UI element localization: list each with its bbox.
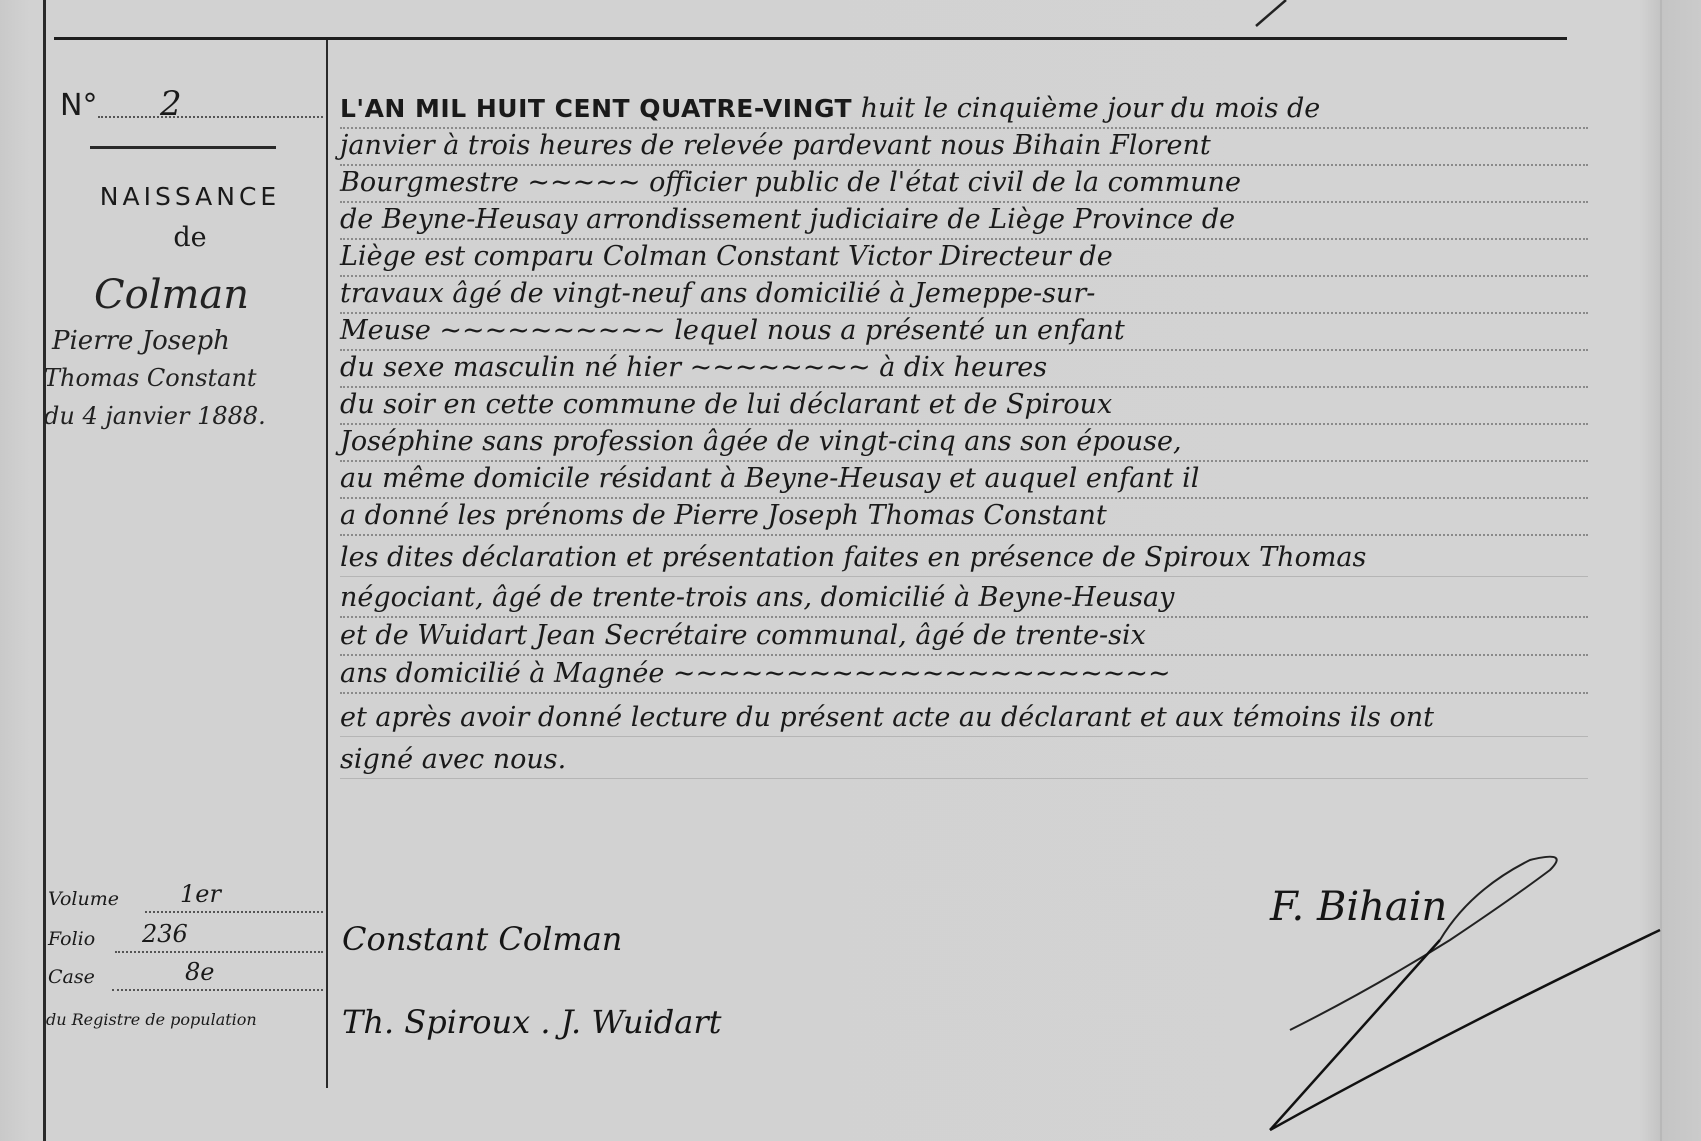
handwritten-text: Joséphine sans profession âgée de vingt-…	[340, 426, 1182, 457]
previous-signature-stroke	[1250, 0, 1290, 30]
entry-separator-rule	[90, 146, 276, 149]
handwritten-text: Bourgmestre ~~~~~ officier public de l'é…	[340, 167, 1241, 198]
handwritten-text: signé avec nous.	[340, 744, 566, 775]
margin-birth-date: du 4 janvier 1888.	[44, 402, 266, 430]
act-line: négociant, âgé de trente-trois ans, domi…	[340, 580, 1588, 618]
entry-number-value: 2	[160, 84, 182, 124]
act-line: de Beyne-Heusay arrondissement judiciair…	[340, 202, 1588, 240]
section-de: de	[54, 222, 326, 253]
act-line: les dites déclaration et présentation fa…	[340, 540, 1588, 577]
register-ref-label: Volume	[48, 888, 119, 910]
declarant-signature: Constant Colman	[342, 920, 622, 958]
act-line: et après avoir donné lecture du présent …	[340, 700, 1588, 737]
act-line: janvier à trois heures de relevée pardev…	[340, 128, 1588, 166]
register-ref-label: Folio	[48, 928, 95, 950]
handwritten-text: du soir en cette commune de lui déclaran…	[340, 389, 1112, 420]
register-ref-label: Case	[48, 966, 95, 988]
register-page: N° 2 NAISSANCE de Colman Pierre Joseph T…	[0, 0, 1701, 1141]
top-rule	[54, 37, 1567, 40]
outer-left-border	[43, 0, 46, 1141]
act-line: Joséphine sans profession âgée de vingt-…	[340, 424, 1588, 462]
register-ref-volume: Volume	[48, 888, 119, 910]
handwritten-text: du sexe masculin né hier ~~~~~~~~ à dix …	[340, 352, 1047, 383]
register-ref-folio: Folio	[48, 928, 95, 950]
official-signature: F. Bihain	[1250, 820, 1690, 1140]
handwritten-text: huit le cinquième jour du mois de	[852, 93, 1320, 124]
register-ref-value: 8e	[185, 958, 214, 986]
act-line: Meuse ~~~~~~~~~~ lequel nous a présenté …	[340, 313, 1588, 351]
register-ref-case: Case	[48, 966, 95, 988]
act-line: a donné les prénoms de Pierre Joseph Tho…	[340, 498, 1588, 536]
margin-surname: Colman	[94, 272, 249, 318]
handwritten-text: et de Wuidart Jean Secrétaire communal, …	[340, 620, 1146, 651]
act-line: ans domicilié à Magnée ~~~~~~~~~~~~~~~~~…	[340, 656, 1588, 694]
register-ref-value: 236	[142, 920, 188, 948]
witness-signatures: Th. Spiroux . J. Wuidart	[342, 1003, 722, 1041]
handwritten-text: et après avoir donné lecture du présent …	[340, 702, 1434, 733]
entry-number-dotted-line	[98, 116, 323, 118]
act-line: et de Wuidart Jean Secrétaire communal, …	[340, 618, 1588, 656]
act-line: travaux âgé de vingt-neuf ans domicilié …	[340, 276, 1588, 314]
handwritten-text: Meuse ~~~~~~~~~~ lequel nous a présenté …	[340, 315, 1125, 346]
entry-number-label: N°	[60, 88, 97, 123]
official-signature-text: F. Bihain	[1269, 884, 1447, 930]
act-line: L'AN MIL HUIT CENT QUATRE-VINGT huit le …	[340, 91, 1588, 129]
act-line: du sexe masculin né hier ~~~~~~~~ à dix …	[340, 350, 1588, 388]
handwritten-text: négociant, âgé de trente-trois ans, domi…	[340, 582, 1174, 613]
act-line: du soir en cette commune de lui déclaran…	[340, 387, 1588, 425]
handwritten-text: au même domicile résidant à Beyne-Heusay…	[340, 463, 1199, 494]
handwritten-text: a donné les prénoms de Pierre Joseph Tho…	[340, 500, 1107, 531]
register-ref-dots	[145, 911, 323, 913]
act-line: au même domicile résidant à Beyne-Heusay…	[340, 461, 1588, 499]
handwritten-text: travaux âgé de vingt-neuf ans domicilié …	[340, 278, 1095, 309]
register-ref-dots	[112, 989, 323, 991]
act-line: signé avec nous.	[340, 742, 1588, 779]
printed-preamble: L'AN MIL HUIT CENT QUATRE-VINGT	[340, 94, 852, 123]
margin-given-names-1: Pierre Joseph	[52, 326, 230, 356]
act-line: Bourgmestre ~~~~~ officier public de l'é…	[340, 165, 1588, 203]
register-ref-dots	[115, 951, 323, 953]
register-ref-value: 1er	[180, 880, 221, 908]
handwritten-text: de Beyne-Heusay arrondissement judiciair…	[340, 204, 1235, 235]
section-title: NAISSANCE	[54, 182, 326, 211]
margin-column-divider	[326, 38, 328, 1088]
handwritten-text: ans domicilié à Magnée ~~~~~~~~~~~~~~~~~…	[340, 658, 1171, 689]
handwritten-text: janvier à trois heures de relevée pardev…	[340, 130, 1211, 161]
act-line: Liège est comparu Colman Constant Victor…	[340, 239, 1588, 277]
handwritten-text: les dites déclaration et présentation fa…	[340, 542, 1366, 573]
margin-given-names-2: Thomas Constant	[44, 364, 257, 392]
register-footer: du Registre de population	[46, 1010, 257, 1029]
handwritten-text: Liège est comparu Colman Constant Victor…	[340, 241, 1113, 272]
